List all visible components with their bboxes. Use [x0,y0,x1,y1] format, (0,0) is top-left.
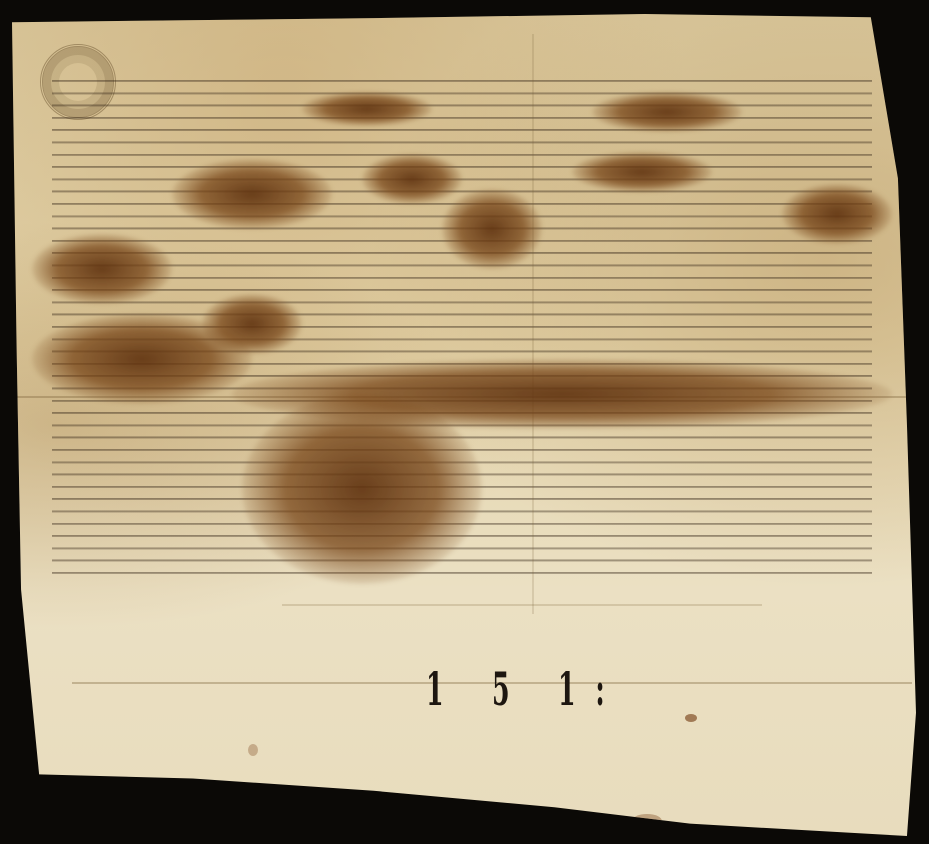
stain [32,234,172,304]
spot [632,814,662,828]
stain [572,152,712,192]
stain [302,92,432,126]
stain [172,159,332,229]
stain [32,314,252,404]
stain [782,184,892,244]
stain [362,154,462,204]
lower-mid-crease [282,604,762,606]
stain-large [242,394,482,584]
spot [248,744,258,756]
archive-mark-numerals: 1 5 1: [426,662,625,716]
stain [592,92,742,132]
stain [442,189,542,269]
vertical-fold-crease [532,34,534,614]
spot [685,714,697,722]
